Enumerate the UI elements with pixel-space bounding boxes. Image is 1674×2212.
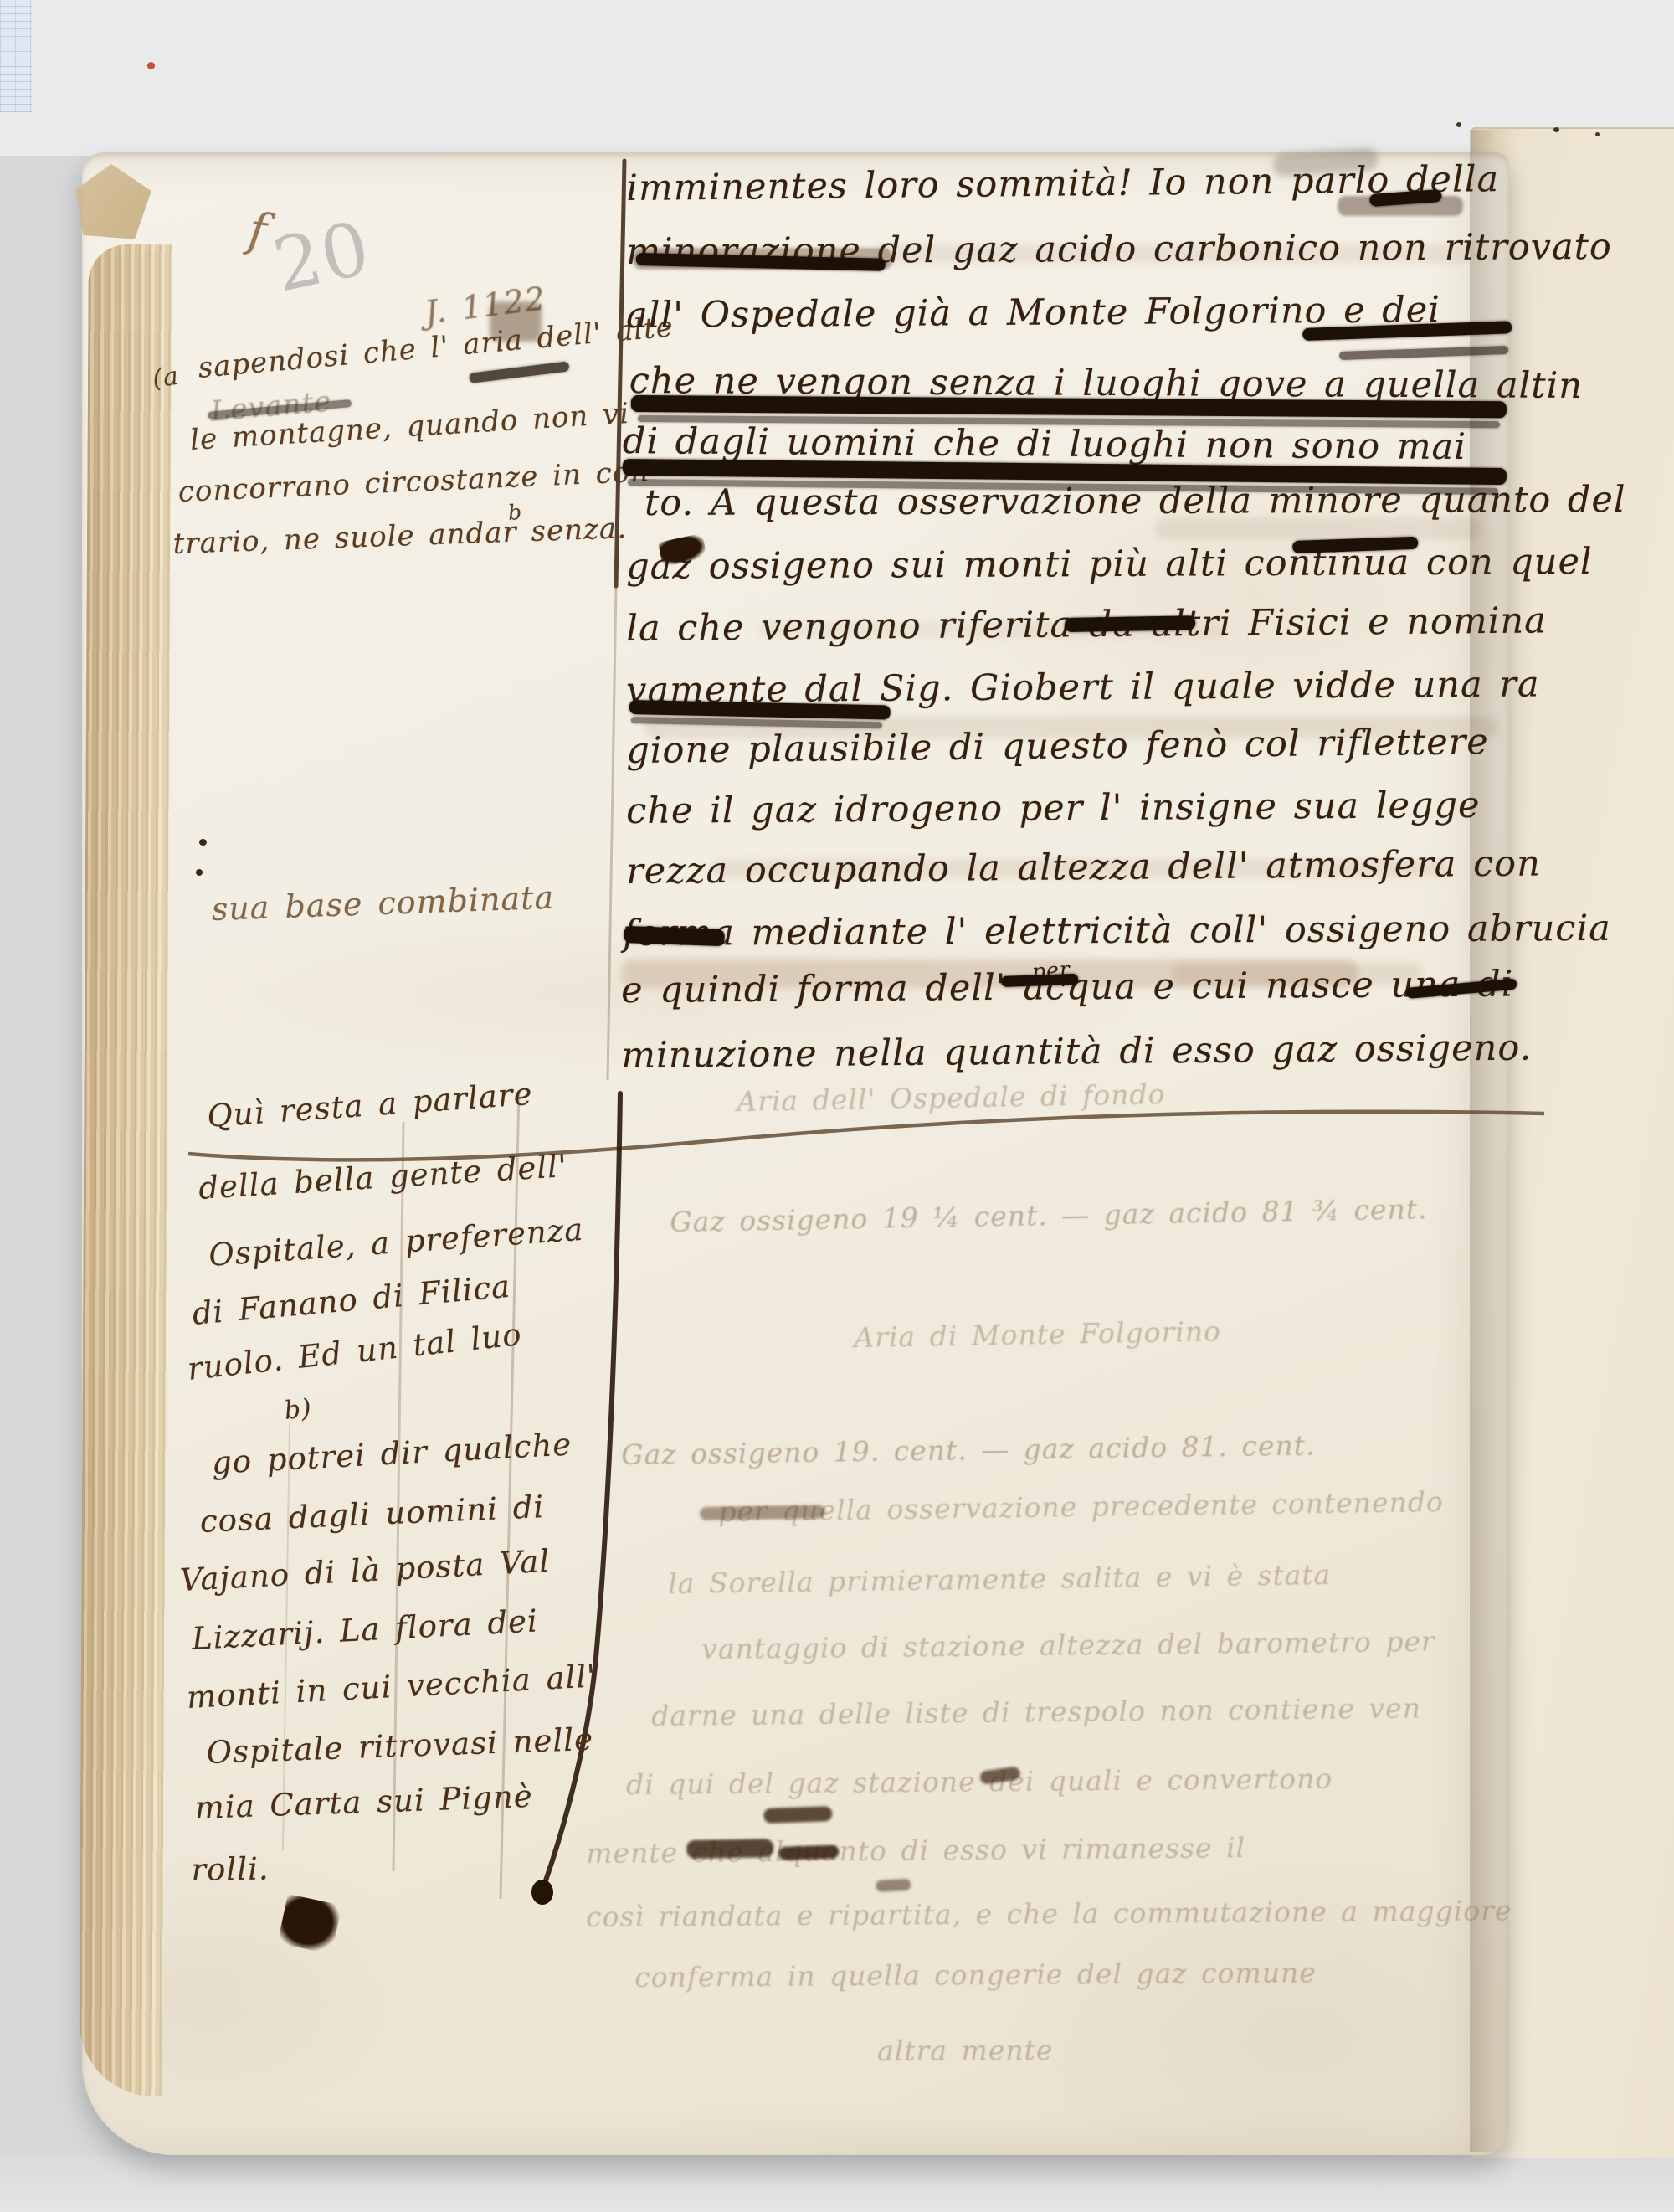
dust-speck xyxy=(1595,132,1600,136)
main-text-line: gaz ossigeno sui monti più alti continua… xyxy=(626,541,1593,588)
ink-smudge xyxy=(686,1839,773,1859)
table-bottom-band xyxy=(0,2155,1674,2212)
bleedthrough-line: così riandata e ripartita, e che la comm… xyxy=(586,1894,1512,1933)
strikethrough-mark xyxy=(624,926,725,946)
gutter-shadow xyxy=(1470,130,1513,2152)
table-top-band xyxy=(0,0,1674,156)
bleedthrough-line: di qui del gaz stazione dei quali e conv… xyxy=(626,1762,1333,1801)
dust-speck xyxy=(1553,127,1559,132)
grid-paper-strip xyxy=(0,0,32,112)
red-speck xyxy=(147,62,155,69)
margin-note-c-line: rolli. xyxy=(191,1850,270,1888)
bleedthrough-line: mente che alquanto di esso vi rimanesse … xyxy=(586,1831,1245,1870)
main-text-line: rezza occupando la altezza dell' atmosfe… xyxy=(626,842,1541,893)
bleedthrough-line: conferma in quella congerie del gaz comu… xyxy=(634,1956,1317,1993)
main-text-line: forma mediante l' elettricità coll' ossi… xyxy=(623,908,1611,954)
ink-smudge xyxy=(876,1879,911,1892)
margin-note-a-superscript: b xyxy=(507,500,523,525)
ink-speck xyxy=(199,839,207,846)
ink-dot xyxy=(196,869,203,876)
main-text-line: minuzione nella quantità di esso gaz oss… xyxy=(621,1027,1532,1077)
margin-note-a-marker: (a xyxy=(151,362,181,394)
manuscript-photo: 20 f J. 1122 (a sapendosi che l' aria de… xyxy=(0,0,1674,2212)
strikethrough-mark xyxy=(1065,615,1195,632)
main-text-line: che il gaz idrogeno per l' insigne sua l… xyxy=(626,784,1481,832)
ink-smudge xyxy=(763,1806,833,1824)
page-edge-stack xyxy=(79,244,172,2096)
margin-note-c-marker: b) xyxy=(283,1394,313,1426)
bleedthrough-line: Aria di Monte Folgorino xyxy=(854,1314,1221,1354)
dust-speck xyxy=(1456,122,1461,127)
ink-smudge xyxy=(778,1844,840,1860)
bleedthrough-line: altra mente xyxy=(877,2034,1053,2067)
ink-smudge xyxy=(700,1505,825,1520)
